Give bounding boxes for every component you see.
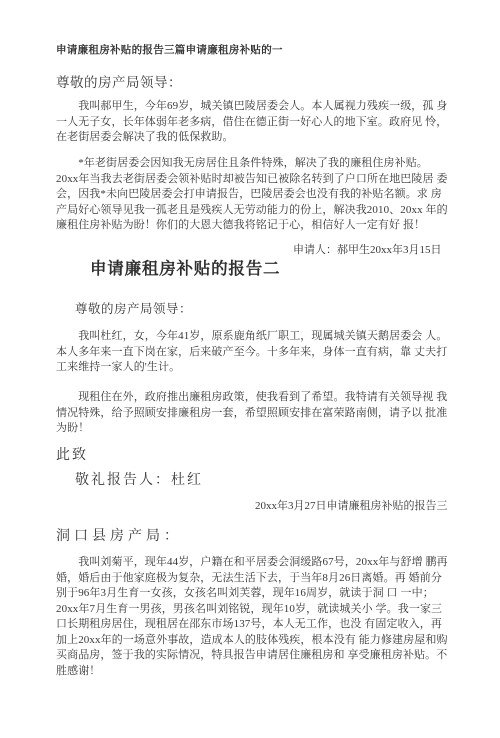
report2-salutation: 尊敬的房产局领导： <box>75 299 192 317</box>
report2-title: 申请廉租房补贴的报告二 <box>90 255 280 279</box>
document-page: 申请廉租房补贴的报告三篇申请廉租房补贴的一 尊敬的房产局领导： 我叫郝甲生，今年… <box>0 0 500 738</box>
report1-paragraph-1: 我叫郝甲生，今年69岁，城关镇巴陵居委会人。本人属视力残疾一级，孤 身 一人无子… <box>56 99 454 146</box>
report3-paragraph-1: 我叫刘菊平，现年44岁，户籍在和平居委会洞缓路67号，20xx年与舒增 鹏再 婚… <box>56 555 454 679</box>
report1-signature-line: 申请人：郝甲生20xx年3月15日 <box>293 241 442 257</box>
report1-title: 申请廉租房补贴的报告三篇申请廉租房补贴的一 <box>56 42 283 57</box>
report2-paragraph-1: 我叫杜红，女，今年41岁，原系鹿角纸厂职工，现属城关镇天鹅居委会 人。 本人多年… <box>56 329 454 376</box>
report1-paragraph-2: *年老街居委会因知我无房居住且条件特殊，解决了我的廉租住房补贴。 20xx年当我… <box>56 156 454 234</box>
report3-salutation: 洞口县房产局： <box>56 525 182 545</box>
report2-closing: 此致 <box>56 444 88 464</box>
report2-paragraph-2: 现租住在外，政府推出廉租房政策，使我看到了希望。我特请有关领导视 我 情况特殊，… <box>56 390 454 437</box>
report1-salutation: 尊敬的房产局领导： <box>56 71 182 91</box>
report2-date-and-report3-title: 20xx年3月27日申请廉租房补贴的报告三 <box>255 497 448 513</box>
report2-signature-line: 敬礼报告人：杜红 <box>75 469 203 489</box>
